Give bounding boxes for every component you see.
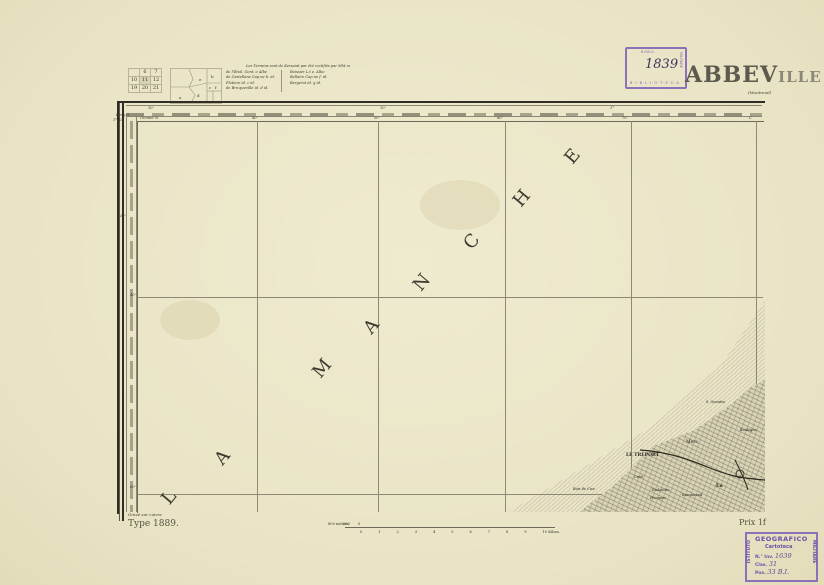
top-coordinate: 10' xyxy=(148,106,154,110)
lat-tick: 50' xyxy=(120,214,126,218)
index-cell: 12 xyxy=(151,77,162,85)
svg-text:d: d xyxy=(197,93,200,98)
scale-bar xyxy=(345,527,555,528)
scale-tick: 2 xyxy=(397,530,399,534)
index-cell: 21 xyxy=(151,85,162,93)
railway-line xyxy=(640,440,765,490)
stamp-top-text: R.ISS.G. xyxy=(641,50,655,54)
price-label: Prix 1f xyxy=(739,518,766,527)
grid-tick: C xyxy=(749,116,752,120)
sheet-index-grid: 6 7 10 11 12 19 20 21 xyxy=(128,68,162,93)
stamp-row-pos: Pos. 33 B.I. xyxy=(755,568,789,576)
stamp-row-clas: Clas. 31 xyxy=(755,560,777,568)
legend-entry: Bellaire Cap.ne f. id. xyxy=(290,75,327,81)
paper-stain xyxy=(160,300,220,340)
library-stamp: R.ISS.G. 1839 B·I·B·L·I·O·T·E·C·A MILITA… xyxy=(625,47,687,89)
town-label: LE TRÉPORT xyxy=(626,453,659,458)
scale-tick: 9 xyxy=(524,530,526,534)
paper-stain xyxy=(420,180,500,230)
index-cell: 10 xyxy=(129,77,140,85)
legend-entry: de Castellane Cap.ne b. id. xyxy=(226,75,275,81)
town-label: Eu xyxy=(716,484,723,489)
town-label: Bois de Cise xyxy=(573,487,595,491)
town-label: Boulogne xyxy=(740,428,757,432)
svg-text:c: c xyxy=(209,85,212,90)
map-title-main: ABBEV xyxy=(685,62,778,88)
stamp-right-vertical: MILITARE xyxy=(811,540,816,563)
grid-line xyxy=(378,121,379,512)
scale-tick: 4 xyxy=(433,530,435,534)
index-cell: 7 xyxy=(151,69,162,77)
town-label: Criel xyxy=(634,475,643,479)
left-label: 1° 40' xyxy=(113,118,124,122)
scale-tick: 6 xyxy=(470,530,472,534)
grid-tick: 40' xyxy=(252,116,258,120)
index-cell: 19 xyxy=(129,85,140,93)
stamp-pos-label: Pos. xyxy=(755,571,766,576)
town-label: Baromesnil xyxy=(682,493,702,497)
grid-line xyxy=(505,121,506,512)
grid-tick: 70' xyxy=(622,116,628,120)
grid-line xyxy=(257,121,258,512)
stamp-row-inv: N.° Inv. 1639 xyxy=(755,552,792,560)
map-subtitle: (Montreuil) xyxy=(748,90,771,95)
stamp-side-text: MILITARE xyxy=(679,52,683,68)
legend-column-2: Boissier L.t e. Albe Bellaire Cap.ne f. … xyxy=(290,70,333,92)
town-label: S. Quentin xyxy=(706,400,725,404)
index-cell-current: 11 xyxy=(140,77,151,85)
frame-graduation xyxy=(126,113,762,116)
index-cell: 6 xyxy=(140,69,151,77)
scale-label: 0 xyxy=(358,522,360,526)
stamp-bottom-text: B·I·B·L·I·O·T·E·C·A xyxy=(630,81,680,85)
legend-entry: Bergerot id. g id. xyxy=(290,81,327,87)
grid-line xyxy=(137,297,763,298)
map-title-partial: ILLE xyxy=(778,68,822,86)
town-label: Étalondes xyxy=(652,488,670,492)
scale-ticks: 0 1 2 3 4 5 6 7 8 9 10 Kilom. xyxy=(360,530,560,534)
stamp-subheader: Cartoteca xyxy=(765,544,792,550)
svg-text:a: a xyxy=(179,95,182,100)
town-label: Mers xyxy=(686,440,698,445)
type-label: Type 1889. xyxy=(128,519,179,529)
stamp-left-vertical: ISTITUTO xyxy=(747,540,752,563)
grid-tick: 50' xyxy=(374,116,380,120)
scale-tick: 1 xyxy=(378,530,380,534)
engraver-note: Gravé sur cuivre xyxy=(128,512,162,517)
stamp-number: 1839 xyxy=(645,57,678,72)
scale-tick: 5 xyxy=(451,530,453,534)
scale-label: 500 xyxy=(343,522,350,526)
left-label: Long.O. xyxy=(116,113,130,117)
svg-text:f: f xyxy=(215,85,217,90)
stamp-clas-value: 31 xyxy=(769,560,777,568)
stamp-header: GEOGRAFICO xyxy=(755,535,808,543)
scale-tick: 0 xyxy=(360,530,362,534)
index-cell: 20 xyxy=(140,85,151,93)
svg-text:b: b xyxy=(211,74,214,79)
top-coordinate: 10' xyxy=(380,106,386,110)
scale-tick: 7 xyxy=(488,530,490,534)
grid-tick: 60' xyxy=(497,116,503,120)
grid-tick: Grenier N. xyxy=(140,116,159,120)
legend-column-1: de l'Étoil. Gent. e Albe de Castellane C… xyxy=(226,70,282,92)
lat-tick: 60' xyxy=(130,485,136,489)
stamp-inv-value: 1639 xyxy=(775,552,792,560)
stamp-pos-value: 33 B.I. xyxy=(767,568,789,576)
scale-tick: 3 xyxy=(415,530,417,534)
survey-diagram-icon: b e c f d a xyxy=(171,69,221,103)
frame-graduation-left xyxy=(130,121,133,512)
index-cell xyxy=(129,69,140,77)
scale-tick: 10 Kilom. xyxy=(543,530,560,534)
lat-tick: 40' xyxy=(130,293,136,297)
svg-text:e: e xyxy=(199,77,202,82)
legend-entry: de Bricqueville id. d id. xyxy=(226,86,275,92)
survey-legend: Les Terrains sont de Kersaint par été re… xyxy=(226,64,350,92)
top-coordinate: 1° xyxy=(610,106,614,110)
survey-diagram: b e c f d a xyxy=(170,68,222,104)
map-title: ABBEVILLE xyxy=(685,62,822,88)
scale-tick: 8 xyxy=(506,530,508,534)
town-label: Flocques xyxy=(650,496,666,500)
institute-stamp: ISTITUTO GEOGRAFICO Cartoteca N.° Inv. 1… xyxy=(745,532,818,582)
